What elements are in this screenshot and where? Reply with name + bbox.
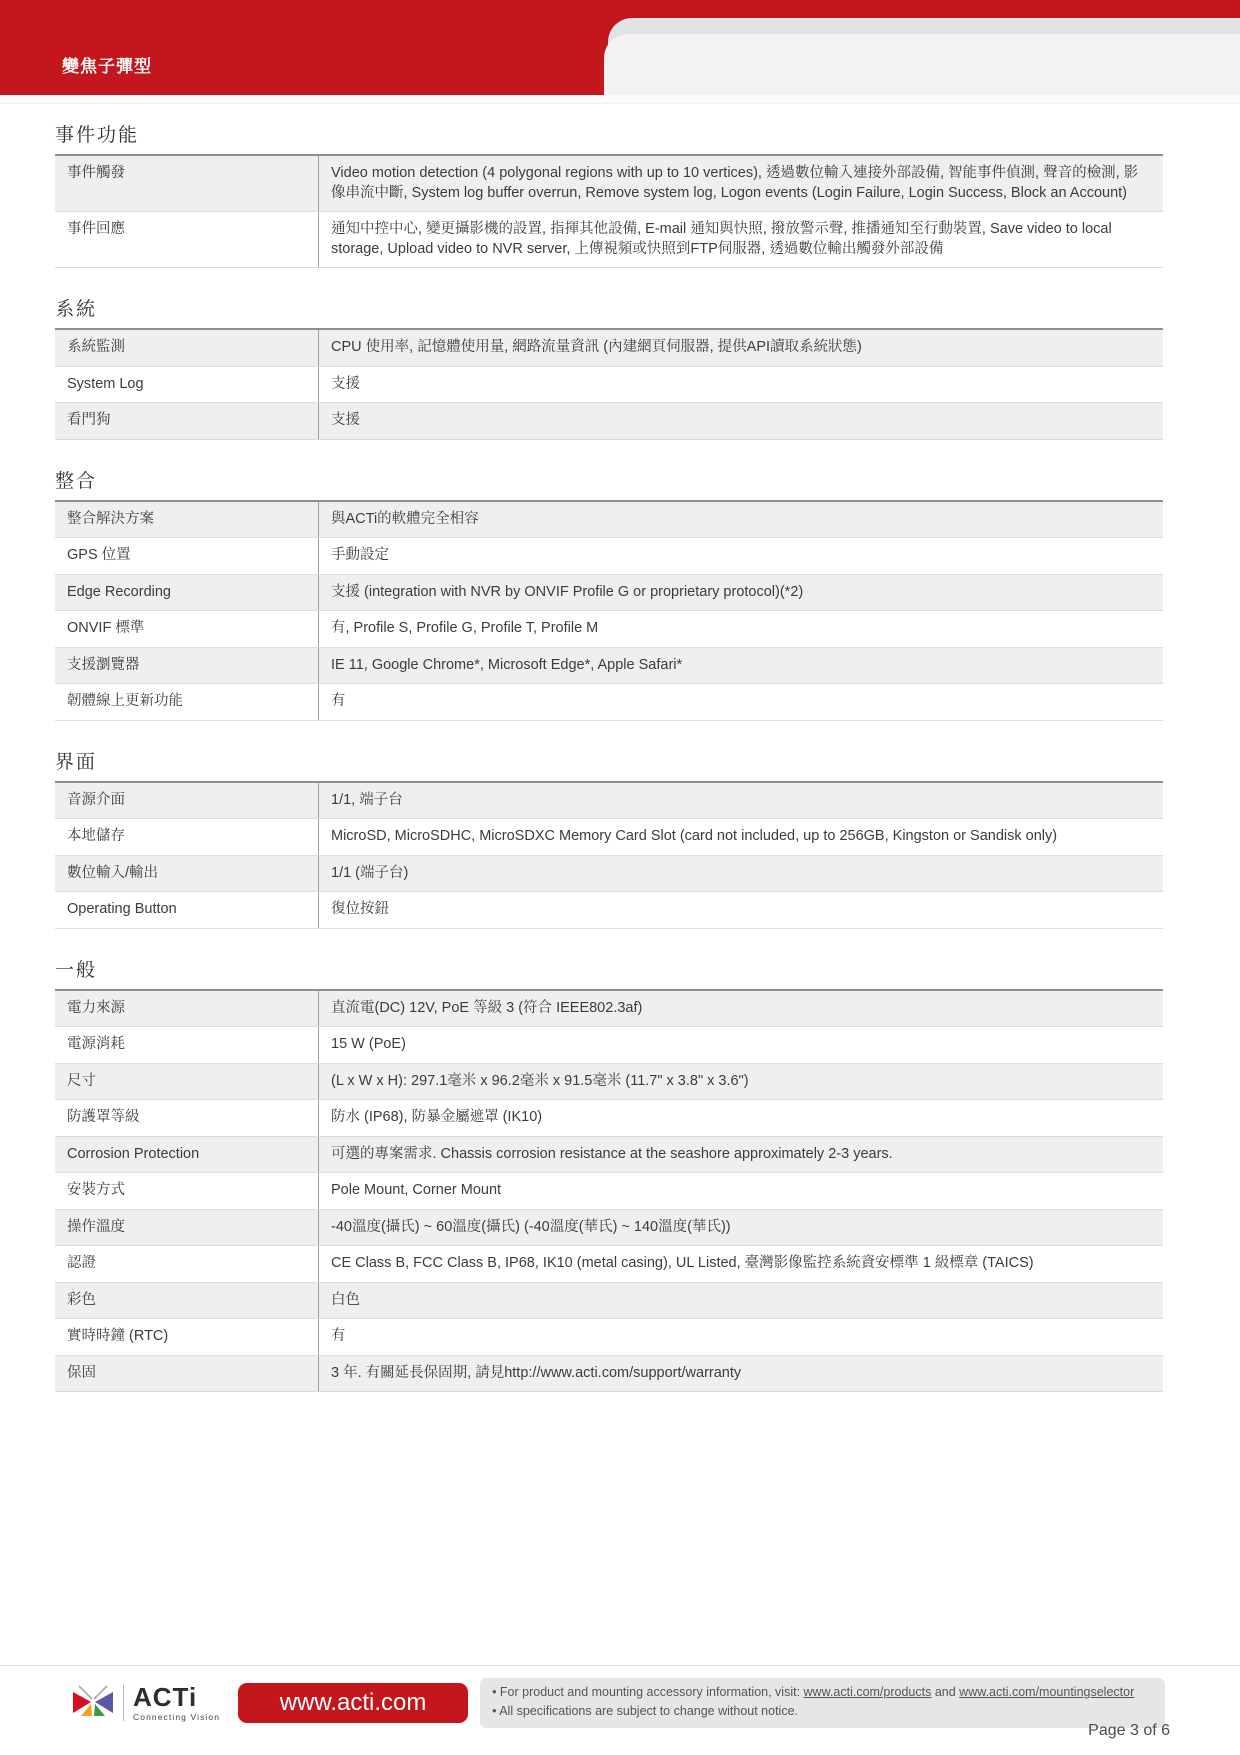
section-general: 一般 電力來源 直流電(DC) 12V, PoE 等級 3 (符合 IEEE80… [55,955,1163,1393]
footer-note-1: • For product and mounting accessory inf… [492,1683,1153,1702]
section-title: 事件功能 [55,120,1163,147]
spec-value: 直流電(DC) 12V, PoE 等級 3 (符合 IEEE802.3af) [318,991,1163,1027]
spec-value: CE Class B, FCC Class B, IP68, IK10 (met… [318,1246,1163,1282]
spec-value: 復位按鈕 [318,892,1163,928]
logo-text: ACTi [133,1684,220,1710]
section-title: 一般 [55,955,1163,982]
table-row: GPS 位置 手動設定 [55,538,1163,575]
table-row: Corrosion Protection 可選的專案需求. Chassis co… [55,1137,1163,1174]
spec-label: 整合解決方案 [55,502,318,538]
footer-note-2: • All specifications are subject to chan… [492,1702,1153,1721]
spec-value: 與ACTi的軟體完全相容 [318,502,1163,538]
table-row: System Log 支援 [55,367,1163,404]
header-tab-front-shape [604,34,1240,95]
spec-label: System Log [55,367,318,403]
spec-label: 支援瀏覽器 [55,648,318,684]
spec-value: Video motion detection (4 polygonal regi… [318,156,1163,211]
section-title: 整合 [55,466,1163,493]
spec-label: 事件觸發 [55,156,318,211]
spec-table: 事件觸發 Video motion detection (4 polygonal… [55,154,1163,268]
spec-value: MicroSD, MicroSDHC, MicroSDXC Memory Car… [318,819,1163,855]
spec-label: 尺寸 [55,1064,318,1100]
page-number: Page 3 of 6 [1088,1722,1170,1740]
butterfly-logo-icon [70,1684,116,1722]
spec-table: 電力來源 直流電(DC) 12V, PoE 等級 3 (符合 IEEE802.3… [55,989,1163,1393]
spec-value: 有, Profile S, Profile G, Profile T, Prof… [318,611,1163,647]
table-row: 保固 3 年. 有關延長保固期, 請見http://www.acti.com/s… [55,1356,1163,1393]
spec-label: 安裝方式 [55,1173,318,1209]
spec-value: 手動設定 [318,538,1163,574]
logo-divider [123,1685,124,1721]
spec-value: 支援 [318,367,1163,403]
table-row: Edge Recording 支援 (integration with NVR … [55,575,1163,612]
spec-value: 可選的專案需求. Chassis corrosion resistance at… [318,1137,1163,1173]
spec-label: Operating Button [55,892,318,928]
spec-value: 15 W (PoE) [318,1027,1163,1063]
spec-value: 防水 (IP68), 防暴金屬遮罩 (IK10) [318,1100,1163,1136]
table-row: 防護罩等級 防水 (IP68), 防暴金屬遮罩 (IK10) [55,1100,1163,1137]
table-row: 認證 CE Class B, FCC Class B, IP68, IK10 (… [55,1246,1163,1283]
spec-sheet-page: 變焦子彈型 事件功能 事件觸發 Video motion detection (… [0,0,1240,1755]
spec-label: 防護罩等級 [55,1100,318,1136]
page-header: 變焦子彈型 [0,0,1240,95]
spec-value: 有 [318,1319,1163,1355]
table-row: 事件觸發 Video motion detection (4 polygonal… [55,156,1163,212]
spec-value: 1/1, 端子台 [318,783,1163,819]
spec-table: 系統監測 CPU 使用率, 記憶體使用量, 網路流量資訊 (內建網頁伺服器, 提… [55,328,1163,440]
spec-label: 系統監測 [55,330,318,366]
section-title: 界面 [55,747,1163,774]
acti-logo: ACTi Connecting Vision [70,1684,220,1722]
page-title: 變焦子彈型 [62,52,152,77]
section-integration: 整合 整合解決方案 與ACTi的軟體完全相容 GPS 位置 手動設定 Edge … [55,466,1163,721]
spec-label: 韌體線上更新功能 [55,684,318,720]
spec-label: 實時時鐘 (RTC) [55,1319,318,1355]
note-1-and: and [931,1685,959,1699]
spec-label: 本地儲存 [55,819,318,855]
table-row: 實時時鐘 (RTC) 有 [55,1319,1163,1356]
spec-label: GPS 位置 [55,538,318,574]
table-row: Operating Button 復位按鈕 [55,892,1163,929]
section-title: 系統 [55,294,1163,321]
spec-label: 看門狗 [55,403,318,439]
section-system: 系統 系統監測 CPU 使用率, 記憶體使用量, 網路流量資訊 (內建網頁伺服器… [55,294,1163,440]
table-row: 數位輸入/輸出 1/1 (端子台) [55,856,1163,893]
header-strip [0,95,1240,104]
table-row: 韌體線上更新功能 有 [55,684,1163,721]
page-footer: ACTi Connecting Vision www.acti.com • Fo… [0,1665,1240,1728]
spec-value: 白色 [318,1283,1163,1319]
table-row: 整合解決方案 與ACTi的軟體完全相容 [55,502,1163,539]
spec-label: 認證 [55,1246,318,1282]
spec-value: 1/1 (端子台) [318,856,1163,892]
spec-content: 事件功能 事件觸發 Video motion detection (4 poly… [55,120,1163,1392]
table-row: 本地儲存 MicroSD, MicroSDHC, MicroSDXC Memor… [55,819,1163,856]
table-row: 操作溫度 -40溫度(攝氏) ~ 60溫度(攝氏) (-40溫度(華氏) ~ 1… [55,1210,1163,1247]
spec-value: IE 11, Google Chrome*, Microsoft Edge*, … [318,648,1163,684]
spec-label: 彩色 [55,1283,318,1319]
table-row: 安裝方式 Pole Mount, Corner Mount [55,1173,1163,1210]
section-interface: 界面 音源介面 1/1, 端子台 本地儲存 MicroSD, MicroSDHC… [55,747,1163,929]
footer-notes: • For product and mounting accessory inf… [480,1678,1165,1728]
spec-value: 支援 [318,403,1163,439]
table-row: 電源消耗 15 W (PoE) [55,1027,1163,1064]
table-row: 尺寸 (L x W x H): 297.1毫米 x 96.2毫米 x 91.5毫… [55,1064,1163,1101]
table-row: 系統監測 CPU 使用率, 記憶體使用量, 網路流量資訊 (內建網頁伺服器, 提… [55,330,1163,367]
products-link[interactable]: www.acti.com/products [804,1685,932,1699]
spec-label: 音源介面 [55,783,318,819]
spec-label: 數位輸入/輸出 [55,856,318,892]
spec-label: 事件回應 [55,212,318,267]
mountingselector-link[interactable]: www.acti.com/mountingselector [959,1685,1134,1699]
spec-label: 電源消耗 [55,1027,318,1063]
table-row: 支援瀏覽器 IE 11, Google Chrome*, Microsoft E… [55,648,1163,685]
table-row: ONVIF 標準 有, Profile S, Profile G, Profil… [55,611,1163,648]
spec-label: 操作溫度 [55,1210,318,1246]
spec-label: 電力來源 [55,991,318,1027]
spec-label: ONVIF 標準 [55,611,318,647]
spec-value: 有 [318,684,1163,720]
spec-value: (L x W x H): 297.1毫米 x 96.2毫米 x 91.5毫米 (… [318,1064,1163,1100]
spec-table: 整合解決方案 與ACTi的軟體完全相容 GPS 位置 手動設定 Edge Rec… [55,500,1163,721]
table-row: 事件回應 通知中控中心, 變更攝影機的設置, 指揮其他設備, E-mail 通知… [55,212,1163,268]
table-row: 電力來源 直流電(DC) 12V, PoE 等級 3 (符合 IEEE802.3… [55,991,1163,1028]
table-row: 音源介面 1/1, 端子台 [55,783,1163,820]
section-event-features: 事件功能 事件觸發 Video motion detection (4 poly… [55,120,1163,268]
note-1-prefix: • For product and mounting accessory inf… [492,1685,803,1699]
table-row: 看門狗 支援 [55,403,1163,440]
spec-value: -40溫度(攝氏) ~ 60溫度(攝氏) (-40溫度(華氏) ~ 140溫度(… [318,1210,1163,1246]
spec-label: Corrosion Protection [55,1137,318,1173]
spec-value: CPU 使用率, 記憶體使用量, 網路流量資訊 (內建網頁伺服器, 提供API讀… [318,330,1163,366]
spec-label: Edge Recording [55,575,318,611]
spec-value: 3 年. 有關延長保固期, 請見http://www.acti.com/supp… [318,1356,1163,1392]
spec-value: 通知中控中心, 變更攝影機的設置, 指揮其他設備, E-mail 通知與快照, … [318,212,1163,267]
spec-value: Pole Mount, Corner Mount [318,1173,1163,1209]
table-row: 彩色 白色 [55,1283,1163,1320]
logo-tagline: Connecting Vision [133,1713,220,1722]
website-button[interactable]: www.acti.com [238,1683,468,1723]
spec-value: 支援 (integration with NVR by ONVIF Profil… [318,575,1163,611]
spec-table: 音源介面 1/1, 端子台 本地儲存 MicroSD, MicroSDHC, M… [55,781,1163,929]
spec-label: 保固 [55,1356,318,1392]
